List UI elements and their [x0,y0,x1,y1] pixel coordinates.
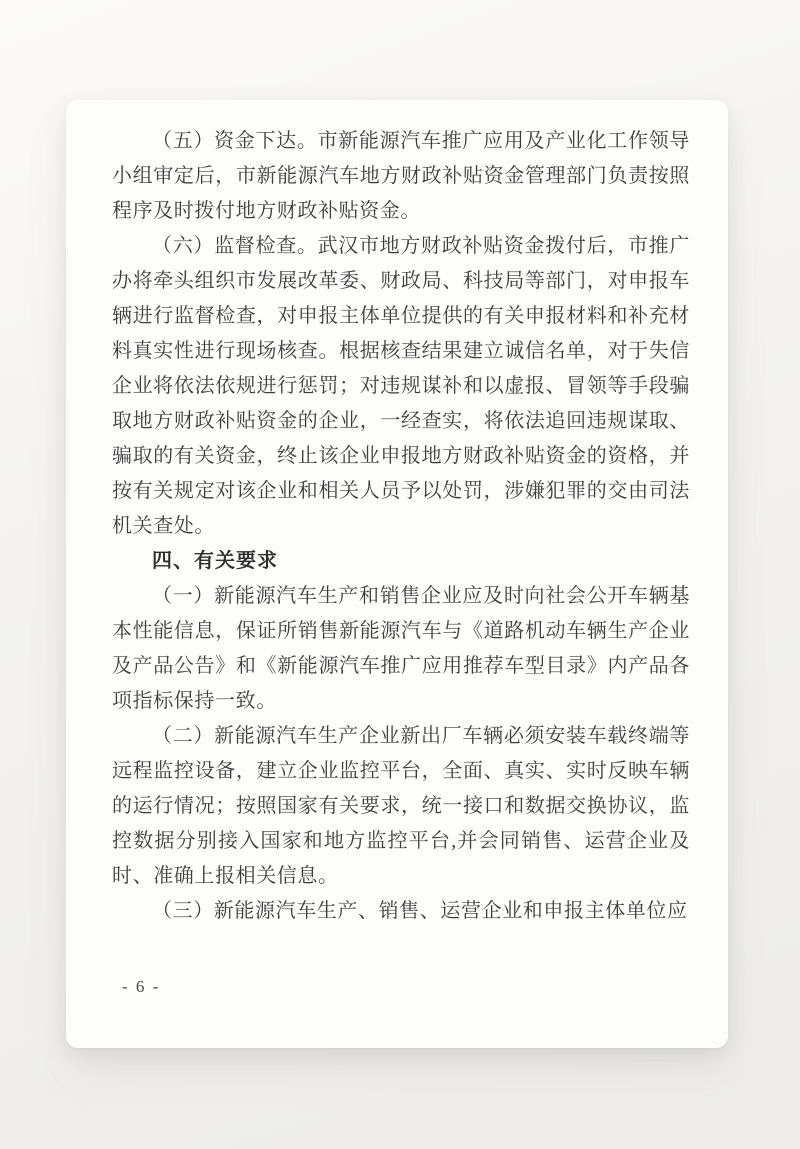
page-content: （五）资金下达。市新能源汽车推广应用及产业化工作领导小组审定后，市新能源汽车地方… [112,124,690,929]
section-heading-requirements: 四、有关要求 [112,544,690,579]
document-background: （五）资金下达。市新能源汽车推广应用及产业化工作领导小组审定后，市新能源汽车地方… [0,0,800,1149]
paragraph-supervision-inspection: （六）监督检查。武汉市地方财政补贴资金拨付后，市推广办将牵头组织市发展改革委、财… [112,229,690,544]
paragraph-requirement-3: （三）新能源汽车生产、销售、运营企业和申报主体单位应 [112,894,690,929]
page-number: - 6 - [122,977,160,997]
document-page: （五）资金下达。市新能源汽车推广应用及产业化工作领导小组审定后，市新能源汽车地方… [66,100,728,1048]
paragraph-requirement-2: （二）新能源汽车生产企业新出厂车辆必须安装车载终端等远程监控设备，建立企业监控平… [112,719,690,894]
paragraph-requirement-1: （一）新能源汽车生产和销售企业应及时向社会公开车辆基本性能信息，保证所销售新能源… [112,579,690,719]
paragraph-funding-disbursement: （五）资金下达。市新能源汽车推广应用及产业化工作领导小组审定后，市新能源汽车地方… [112,124,690,229]
